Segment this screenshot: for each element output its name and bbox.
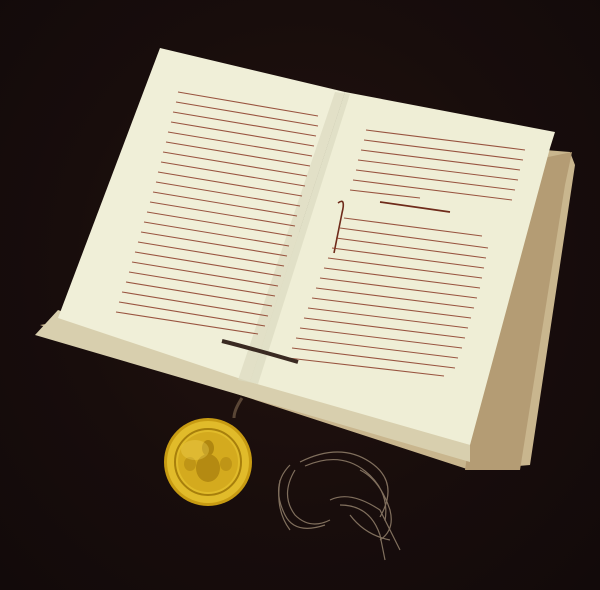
seal-cord bbox=[234, 398, 242, 418]
photo-background bbox=[0, 0, 600, 590]
gold-seal bbox=[164, 418, 252, 506]
seal-tassels bbox=[279, 452, 400, 560]
manuscript-illustration bbox=[0, 0, 600, 590]
